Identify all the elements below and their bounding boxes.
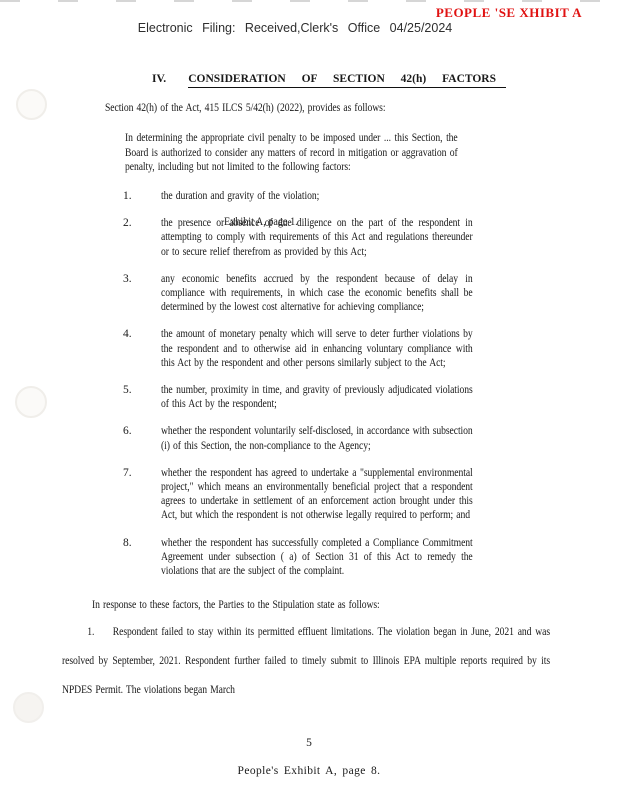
factor-text: the presence or absence of due diligence… <box>161 216 473 259</box>
factor-text: the amount of monetary penalty which wil… <box>161 327 473 370</box>
factor-item-3: 3. any economic benefits accrued by the … <box>123 272 550 315</box>
section-number: IV. <box>152 72 166 88</box>
efiling-header: Electronic Filing: Received,Clerk's Offi… <box>0 21 618 35</box>
factor-item-2: 2. the presence or absence of due dilige… <box>123 216 550 259</box>
document-body: IV. CONSIDERATION OF SECTION 42(h) FACTO… <box>62 66 550 705</box>
factor-list: 1. the duration and gravity of the viola… <box>62 189 550 578</box>
factor-text: whether the respondent has agreed to und… <box>161 466 473 523</box>
factor-item-5: 5. the number, proximity in time, and gr… <box>123 383 550 411</box>
factor-number: 3. <box>123 272 161 315</box>
section-title: CONSIDERATION OF SECTION 42(h) FACTORS <box>188 72 506 88</box>
peoples-exhibit-stamp: PEOPLE 'SE XHIBIT A <box>436 5 582 21</box>
factor-number: 6. <box>123 424 161 452</box>
response-text: Respondent failed to stay within its per… <box>62 626 550 696</box>
hole-punch-bottom <box>13 692 44 723</box>
statute-quote: In determining the appropriate civil pen… <box>125 131 458 174</box>
factor-number: 8. <box>123 536 161 579</box>
response-intro: In response to these factors, the Partie… <box>92 598 453 612</box>
scan-artifact <box>0 0 618 2</box>
exhibit-overlay-note: Exhibit A, page 1. <box>224 216 298 228</box>
hole-punch-top <box>16 89 47 120</box>
intro-paragraph: Section 42(h) of the Act, 415 ILCS 5/42(… <box>105 101 491 115</box>
factor-text: any economic benefits accrued by the res… <box>161 272 473 315</box>
page-number: 5 <box>0 737 618 749</box>
factor-number: 4. <box>123 327 161 370</box>
factor-item-6: 6. whether the respondent voluntarily se… <box>123 424 550 452</box>
hole-punch-middle <box>15 386 47 418</box>
factor-text: the duration and gravity of the violatio… <box>161 189 473 203</box>
footer-exhibit-line: People's Exhibit A, page 8. <box>0 765 618 777</box>
factor-item-4: 4. the amount of monetary penalty which … <box>123 327 550 370</box>
factor-number: 5. <box>123 383 161 411</box>
section-heading: IV. CONSIDERATION OF SECTION 42(h) FACTO… <box>152 72 550 88</box>
factor-number: 7. <box>123 466 161 523</box>
response-paragraph: 1.Respondent failed to stay within its p… <box>62 618 550 705</box>
factor-text: whether the respondent voluntarily self-… <box>161 424 473 452</box>
factor-item-7: 7. whether the respondent has agreed to … <box>123 466 550 523</box>
factor-item-1: 1. the duration and gravity of the viola… <box>123 189 550 203</box>
factor-number: 2. <box>123 216 161 259</box>
factor-text: the number, proximity in time, and gravi… <box>161 383 473 411</box>
response-number: 1. <box>87 626 94 638</box>
document-page: PEOPLE 'SE XHIBIT A Electronic Filing: R… <box>0 0 618 800</box>
factor-item-8: 8. whether the respondent has successful… <box>123 536 550 579</box>
factor-number: 1. <box>123 189 161 203</box>
factor-text: whether the respondent has successfully … <box>161 536 473 579</box>
